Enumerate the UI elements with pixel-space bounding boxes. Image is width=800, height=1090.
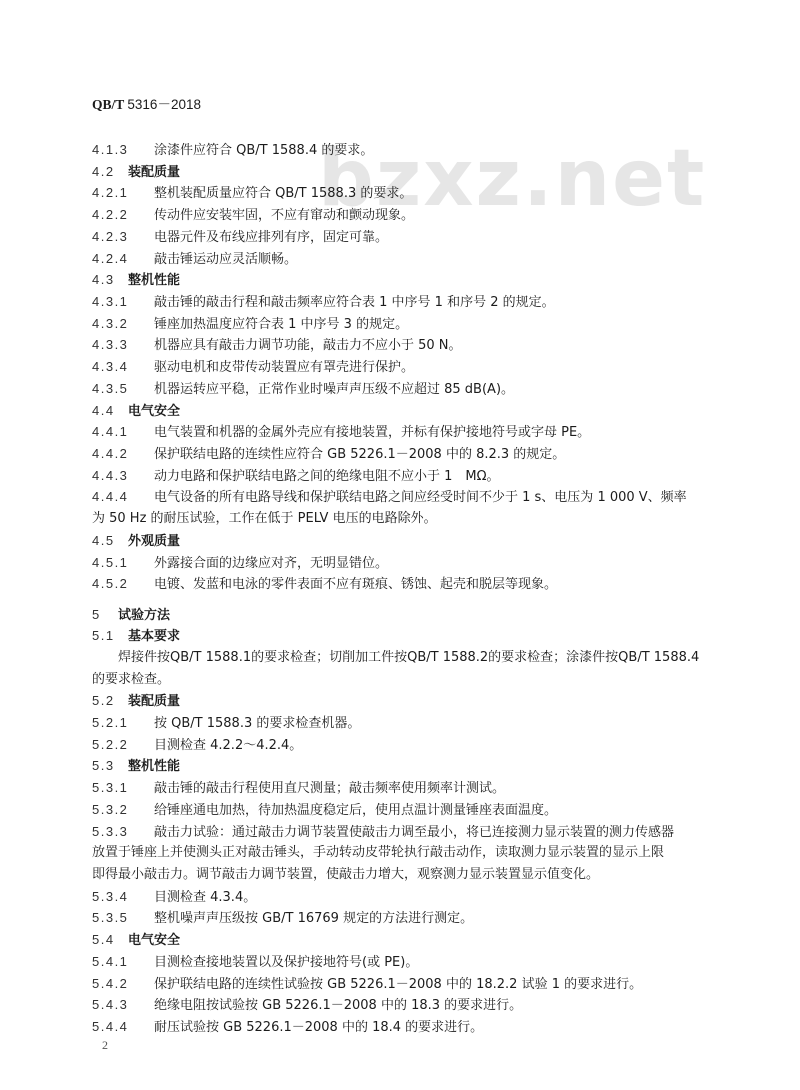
clause-4-2-1: 4.2.1整机装配质量应符合 QB/T 1588.3 的要求。 xyxy=(92,184,412,203)
clause-5-2-1: 5.2.1按 QB/T 1588.3 的要求检查机器。 xyxy=(92,714,360,733)
clause-5-3-3: 5.3.3敲击力试验：通过敲击力调节装置使敲击力调至最小，将已连接测力显示装置的… xyxy=(92,823,674,842)
clause-4-4-3: 4.4.3动力电路和保护联结电路之间的绝缘电阻不应小于 1 MΩ。 xyxy=(92,467,500,486)
clause-4-5-1: 4.5.1外露接合面的边缘应对齐，无明显错位。 xyxy=(92,554,388,573)
clause-4-2-2: 4.2.2传动件应安装牢固，不应有窜动和颤动现象。 xyxy=(92,206,414,225)
clause-4-1-3: 4.1.3涂漆件应符合 QB/T 1588.4 的要求。 xyxy=(92,141,373,160)
standard-header: QB/T 5316－2018 xyxy=(92,93,201,113)
clause-5-3-1: 5.3.1敲击锤的敲击行程使用直尺测量；敲击频率使用频率计测试。 xyxy=(92,779,505,798)
clause-4-3-3: 4.3.3机器应具有敲击力调节功能，敲击力不应小于 50 N。 xyxy=(92,336,462,355)
clause-4-4-1: 4.4.1电气装置和机器的金属外壳应有接地装置，并标有保护接地符号或字母 PE。 xyxy=(92,423,590,442)
chapter-5-heading: 5试验方法 xyxy=(92,606,170,625)
section-4-5-heading: 4.5外观质量 xyxy=(92,532,180,551)
clause-4-2-3: 4.2.3电器元件及布线应排列有序，固定可靠。 xyxy=(92,228,388,247)
clause-5-3-3-continued-1: 放置于锤座上并使测头正对敲击锤头，手动转动皮带轮执行敲击动作，读取测力显示装置的… xyxy=(92,844,664,862)
section-5-2-heading: 5.2装配质量 xyxy=(92,692,180,711)
clause-5-3-2: 5.3.2给锤座通电加热，待加热温度稳定后，使用点温计测量锤座表面温度。 xyxy=(92,801,557,820)
clause-4-3-2: 4.3.2锤座加热温度应符合表 1 中序号 3 的规定。 xyxy=(92,315,408,334)
section-4-3-heading: 4.3整机性能 xyxy=(92,271,180,290)
clause-4-4-2: 4.4.2保护联结电路的连续性应符合 GB 5226.1－2008 中的 8.2… xyxy=(92,445,565,464)
clause-5-1-body: 焊接件按QB/T 1588.1的要求检查；切削加工件按QB/T 1588.2的要… xyxy=(118,649,699,667)
standard-number: 5316－2018 xyxy=(127,97,201,112)
section-5-3-heading: 5.3整机性能 xyxy=(92,757,180,776)
section-4-2-heading: 4.2装配质量 xyxy=(92,163,180,182)
clause-5-2-2: 5.2.2目测检查 4.2.2～4.2.4。 xyxy=(92,736,302,755)
clause-5-4-2: 5.4.2保护联结电路的连续性试验按 GB 5226.1－2008 中的 18.… xyxy=(92,975,642,994)
clause-5-4-3: 5.4.3绝缘电阻按试验按 GB 5226.1－2008 中的 18.3 的要求… xyxy=(92,996,522,1015)
page-number: 2 xyxy=(102,1038,108,1053)
clause-4-3-4: 4.3.4驱动电机和皮带传动装置应有罩壳进行保护。 xyxy=(92,358,414,377)
clause-5-3-3-continued-2: 即得最小敲击力。调节敲击力调节装置，使敲击力增大，观察测力显示装置显示值变化。 xyxy=(92,866,599,884)
clause-4-3-1: 4.3.1敲击锤的敲击行程和敲击频率应符合表 1 中序号 1 和序号 2 的规定… xyxy=(92,293,555,312)
clause-4-2-4: 4.2.4敲击锤运动应灵活顺畅。 xyxy=(92,250,297,269)
section-5-4-heading: 5.4电气安全 xyxy=(92,931,180,950)
clause-5-3-5: 5.3.5整机噪声声压级按 GB/T 16769 规定的方法进行测定。 xyxy=(92,909,473,928)
clause-5-4-4: 5.4.4耐压试验按 GB 5226.1－2008 中的 18.4 的要求进行。 xyxy=(92,1018,483,1037)
section-5-1-heading: 5.1基本要求 xyxy=(92,627,180,646)
clause-4-4-4-continued: 为 50 Hz 的耐压试验，工作在低于 PELV 电压的电路除外。 xyxy=(92,510,437,528)
clause-5-1-body-continued: 的要求检查。 xyxy=(92,671,170,689)
standard-code: QB/T xyxy=(92,97,124,112)
section-4-4-heading: 4.4电气安全 xyxy=(92,402,180,421)
clause-5-3-4: 5.3.4目测检查 4.3.4。 xyxy=(92,888,256,907)
document-page: QB/T 5316－2018 4.1.3涂漆件应符合 QB/T 1588.4 的… xyxy=(0,0,800,1090)
clause-4-5-2: 4.5.2电镀、发蓝和电泳的零件表面不应有斑痕、锈蚀、起壳和脱层等现象。 xyxy=(92,575,557,594)
clause-4-4-4: 4.4.4电气设备的所有电路导线和保护联结电路之间应经受时间不少于 1 s、电压… xyxy=(92,488,687,507)
clause-4-3-5: 4.3.5机器运转应平稳，正常作业时噪声声压级不应超过 85 dB(A)。 xyxy=(92,380,514,399)
clause-5-4-1: 5.4.1目测检查接地装置以及保护接地符号(或 PE)。 xyxy=(92,953,418,972)
